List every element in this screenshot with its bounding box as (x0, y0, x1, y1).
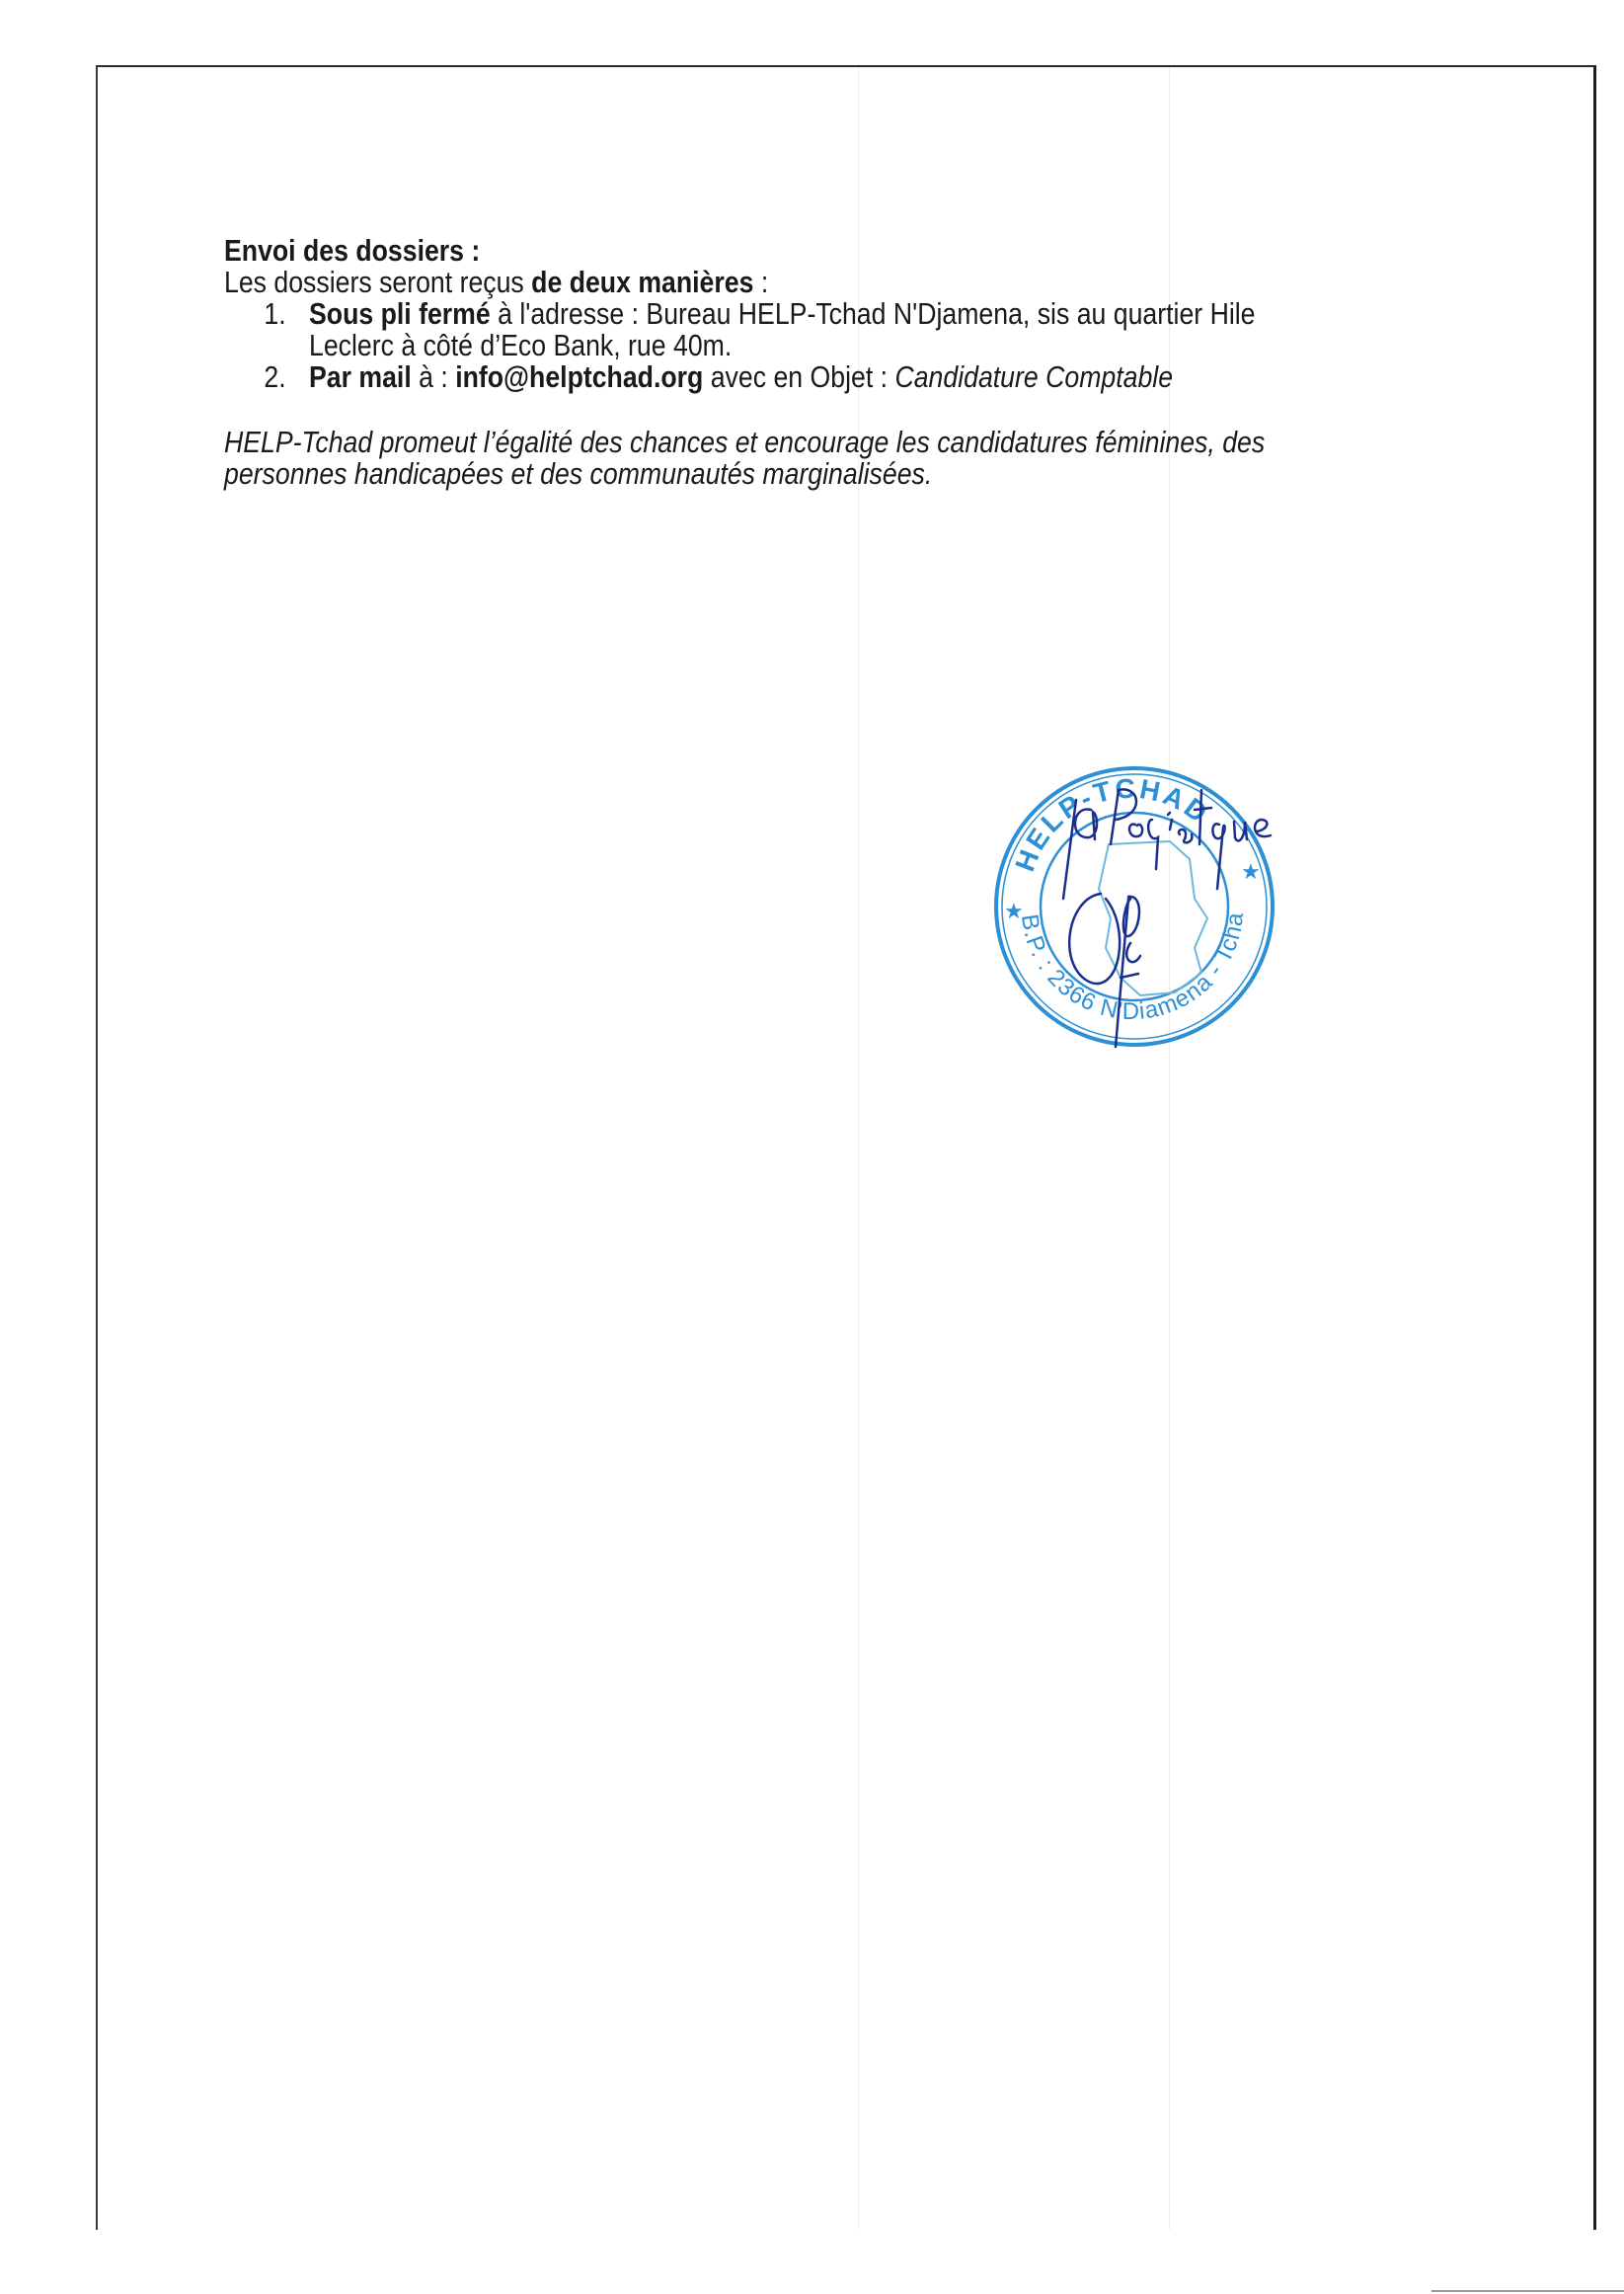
list-number: 1. (264, 298, 285, 330)
method-text: à : (412, 359, 455, 394)
submission-methods-list: 1. Sous pli fermé à l'adresse : Bureau H… (224, 298, 1285, 393)
svg-text:★: ★ (1241, 860, 1261, 885)
svg-text:★: ★ (1004, 900, 1024, 924)
equal-opportunity-notice: HELP-Tchad promeut l’égalité des chances… (224, 427, 1285, 490)
method-text: avec en Objet : (703, 359, 894, 394)
document-body: Envoi des dossiers : Les dossiers seront… (224, 235, 1285, 490)
section-title: Envoi des dossiers : (224, 235, 1285, 267)
method-label: Sous pli fermé (309, 296, 491, 331)
intro-emphasis: de deux manières (531, 265, 753, 299)
intro-prefix: Les dossiers seront reçus (224, 265, 531, 299)
list-item: 2. Par mail à : info@helptchad.org avec … (309, 361, 1285, 393)
email-subject: Candidature Comptable (894, 359, 1173, 394)
email-link[interactable]: info@helptchad.org (455, 359, 703, 394)
stamp-seal-icon: HELP-TCHAD B.P. : 2366 N'Diamena - Tchad… (982, 751, 1298, 1057)
intro-paragraph: Les dossiers seront reçus de deux manièr… (224, 267, 1285, 298)
list-item: 1. Sous pli fermé à l'adresse : Bureau H… (309, 298, 1285, 361)
list-number: 2. (264, 361, 285, 393)
page-bottom-edge (1431, 2290, 1624, 2292)
official-stamp: HELP-TCHAD B.P. : 2366 N'Diamena - Tchad… (982, 751, 1298, 1057)
method-label: Par mail (309, 359, 412, 394)
svg-text:HELP-TCHAD: HELP-TCHAD (1009, 773, 1215, 876)
intro-suffix: : (753, 265, 768, 299)
